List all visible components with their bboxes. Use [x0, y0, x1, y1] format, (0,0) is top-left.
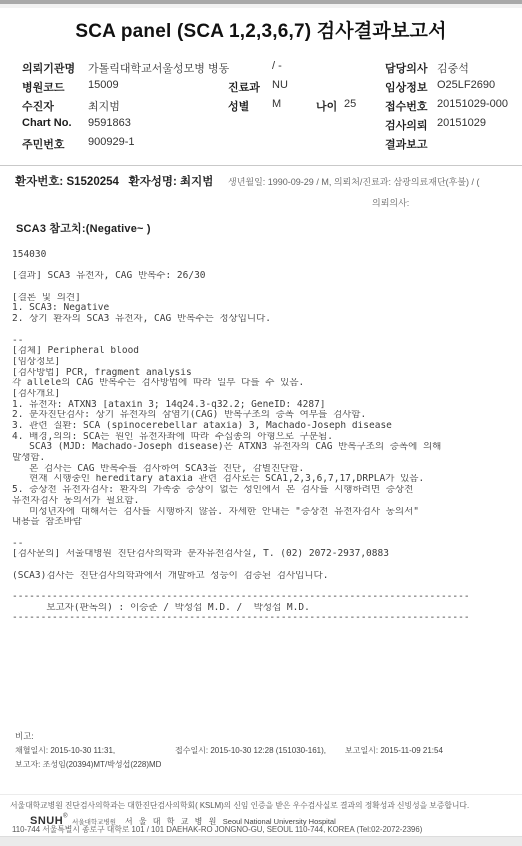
ward-slash-value: / -	[272, 60, 282, 72]
test-request-date-value: 20151029	[437, 117, 486, 129]
patient-name-value: 최지범	[180, 176, 213, 188]
report-line: SCA3 (MJD: Machado-Joseph disease)은 ATXN…	[12, 442, 518, 453]
result-report-label: 결과보고	[385, 136, 428, 152]
hospital-code-value: 15009	[88, 79, 119, 91]
patient-meta: 생년월일: 1990-09-29 / M, 의뢰처/진료과: 삼광의료재단(후불…	[228, 175, 522, 188]
attending-doctor-value: 김중석	[437, 60, 469, 76]
collection-datetime: 채혈일시: 2015-10-30 11:31,	[15, 745, 115, 756]
accession-no-value: 20151029-000	[437, 98, 522, 110]
report-title: SCA panel (SCA 1,2,3,6,7) 검사결과보고서	[0, 16, 522, 43]
receipt-datetime: 접수일시: 2015-10-30 12:28 (151030-161),	[175, 745, 326, 756]
reporter-signature-line: 보고자(판독의) : 이승준 / 박성섭 M.D. / 박성섭 M.D.	[12, 603, 518, 614]
report-line: 154030	[12, 250, 518, 261]
report-line: 본 검사는 CAG 반복수를 검사하여 SCA3을 진단, 감별진단함.	[12, 464, 518, 475]
lab-report-page: { "page": { "title": "SCA panel (SCA 1,2…	[0, 0, 522, 846]
reporter-names: 보고자: 조성임(20394)MT/박성섭(228)MD	[15, 759, 161, 770]
report-line	[12, 581, 518, 592]
window-bottom-strip	[0, 836, 522, 846]
clinical-info-label: 임상정보	[385, 79, 428, 95]
department-label: 진료과	[228, 79, 260, 95]
age-label: 나이	[316, 98, 337, 114]
hospital-address: 110-744 서울특별시 종로구 대학로 101 / 101 DAEHAK-R…	[12, 824, 512, 835]
patient-info-bar: 환자번호: S1520254 환자성명: 최지범 생년월일: 1990-09-2…	[0, 165, 522, 213]
report-line: [검사개요]	[12, 389, 518, 400]
report-line: 유전자검사 동의서가 필요함.	[12, 496, 518, 507]
report-line: [결론 및 의견]	[12, 293, 518, 304]
report-line: 현재 시행중인 hereditary ataxia 관련 검사로는 SCA1,2…	[12, 474, 518, 485]
report-line: 2. 상기 환자의 SCA3 유전자, CAG 반복수는 정상입니다.	[12, 314, 518, 325]
report-line: [검사문의] 서울대병원 진단검사의학과 분자유전검사실, T. (02) 20…	[12, 549, 518, 560]
window-top-strip	[0, 0, 522, 8]
divider-dashed-line: ----------------------------------------…	[12, 592, 518, 603]
report-line: 미성년자에 대해서는 검사를 시행하지 않음. 자세한 안내는 "증상전 유전자…	[12, 507, 518, 518]
report-line: 1. 유전자: ATXN3 [ataxin 3; 14q24.3-q32.2; …	[12, 400, 518, 411]
requesting-org-label: 의뢰기관명	[22, 60, 75, 76]
report-line: [임상정보]	[12, 357, 518, 368]
resident-no-label: 주민번호	[22, 136, 65, 152]
logo-registered-mark-icon: ®	[63, 814, 67, 820]
report-line: [결과] SCA3 유전자, CAG 반복수: 26/30	[12, 271, 518, 282]
report-line: 5. 증상전 유전자검사: 환자의 가족중 증상이 없는 성인에서 본 검사를 …	[12, 485, 518, 496]
clinical-info-value: O25LF2690	[437, 79, 495, 91]
examinee-label: 수진자	[22, 98, 54, 114]
referring-doctor-label: 의뢰의사:	[372, 196, 409, 209]
report-line: --	[12, 539, 518, 550]
report-line: 내용을 참조바람	[12, 517, 518, 528]
report-line: 2. 분자진단검사: 상기 유전자의 삼염기(CAG) 반복구조의 증폭 여부를…	[12, 410, 518, 421]
report-body: 154030 [결과] SCA3 유전자, CAG 반복수: 26/30 [결론…	[12, 250, 518, 624]
requesting-org-value: 가톨릭대학교서울성모병 병동	[88, 60, 268, 76]
report-line: 4. 배경,의의: SCA는 원인 유전자좌에 따라 수십종의 아형으로 구분됨…	[12, 432, 518, 443]
resident-no-value: 900929-1	[88, 136, 135, 148]
department-value: NU	[272, 79, 288, 91]
remarks-label: 비고:	[15, 730, 34, 742]
report-line	[12, 560, 518, 571]
report-line: [검사방법] PCR, fragment analysis	[12, 368, 518, 379]
test-request-date-label: 검사의뢰	[385, 117, 428, 133]
report-line: (SCA3)검사는 진단검사의학과에서 개발하고 성능이 검증된 검사입니다.	[12, 571, 518, 582]
patient-number-label: 환자번호:	[15, 176, 63, 188]
report-line	[12, 282, 518, 293]
accession-no-label: 접수번호	[385, 98, 428, 114]
chart-no-value: 9591863	[88, 117, 131, 129]
report-line: 3. 관련 질환: SCA (spinocerebellar ataxia) 3…	[12, 421, 518, 432]
report-line: --	[12, 336, 518, 347]
patient-name-label: 환자성명:	[129, 176, 177, 188]
report-line: 발생함.	[12, 453, 518, 464]
report-datetime: 보고일시: 2015-11-09 21:54	[345, 745, 443, 756]
report-line	[12, 528, 518, 539]
report-line: 1. SCA3: Negative	[12, 303, 518, 314]
reference-range-heading: SCA3 참고치:(Negative~ )	[16, 220, 151, 236]
sex-label: 성별	[228, 98, 249, 114]
hospital-code-label: 병원코드	[22, 79, 65, 95]
patient-number-line: 환자번호: S1520254 환자성명: 최지범	[15, 173, 213, 189]
report-line: 각 allele의 CAG 반복수는 검사방법에 따라 일부 다를 수 있음.	[12, 378, 518, 389]
divider-dashed-line: ----------------------------------------…	[12, 613, 518, 624]
hospital-footer: 서울대학교병원 진단검사의학과는 대한진단검사의학회( KSLM)의 신임 인증…	[0, 794, 522, 836]
report-line	[12, 325, 518, 336]
report-line: [검체] Peripheral blood	[12, 346, 518, 357]
examinee-value: 최지범	[88, 98, 120, 114]
age-value: 25	[344, 98, 356, 110]
attending-doctor-label: 담당의사	[385, 60, 428, 76]
report-line	[12, 261, 518, 272]
accreditation-statement: 서울대학교병원 진단검사의학과는 대한진단검사의학회( KSLM)의 신임 인증…	[10, 800, 514, 811]
patient-number-value: S1520254	[66, 176, 118, 188]
chart-no-label: Chart No.	[22, 117, 72, 129]
sex-value: M	[272, 98, 281, 110]
